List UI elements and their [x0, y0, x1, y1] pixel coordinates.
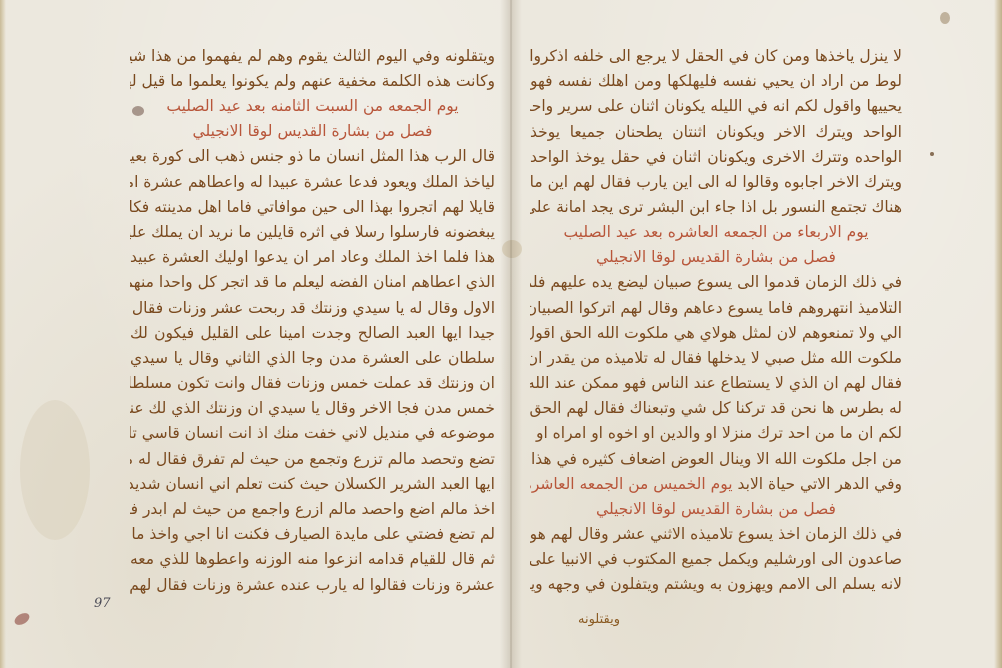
text-line: ويتقلونه وفي اليوم الثالث يقوم وهم لم يف… [130, 44, 495, 69]
text-line: الواحد ويترك الاخر ويكونان اثنتان يطحنان… [530, 120, 902, 145]
text-line: هذا فلما اخذ الملك وعاد امر ان يدعوا اول… [130, 245, 495, 270]
text-line: يبغضونه فارسلوا رسلا في اثره قايلين ما ن… [130, 220, 495, 245]
text-line: في ذلك الزمان قدموا الى يسوع صبيان ليضع … [530, 270, 902, 295]
rubric-heading: فصل من بشارة القديس لوقا الانجيلي [130, 119, 495, 144]
rubric-heading: يوم الجمعه من السبت الثامنه بعد عيد الصل… [130, 94, 495, 119]
text-line: قال الرب هذا المثل انسان ما ذو جنس ذهب ا… [130, 144, 495, 169]
catchword: ويقتلونه [578, 612, 620, 627]
text-line: لا ينزل ياخذها ومن كان في الحقل لا يرجع … [530, 44, 902, 69]
text-line: قايلا لهم اتجروا بهذا الى حين موافاتي فا… [130, 195, 495, 220]
left-page: ويتقلونه وفي اليوم الثالث يقوم وهم لم يف… [0, 0, 510, 668]
text-line: ايها العبد الشرير الكسلان حيث كنت تعلم ا… [130, 472, 495, 497]
text-line: لم تضع فضتي على مايدة الصيارف فكنت انا ا… [130, 522, 495, 547]
text-line: ملكوت الله مثل صبي لا يدخلها فقال له تلا… [530, 346, 902, 371]
ink-blot [940, 12, 950, 24]
text-line: الاول وقال له يا سيدي وزنتك قد ربحت عشر … [130, 296, 495, 321]
text-line: الذي اعطاهم امنان الفضه ليعلم ما قد اتجر… [130, 270, 495, 295]
book-gutter [500, 0, 522, 668]
text-line: سلطان على العشرة مدن وجا الذي الثاني وقا… [130, 346, 495, 371]
text-line: اخذ مالم اضع واحصد مالم ازرع واجمع من حي… [130, 497, 495, 522]
rubric-heading: يوم الاربعاء من الجمعه العاشره بعد عيد ا… [530, 220, 902, 245]
text-line: تضع وتحصد مالم تزرع وتجمع من حيث لم تفرق… [130, 447, 495, 472]
text-segment: وفي الدهر الاتي حياة الابد [738, 475, 903, 493]
text-line: صاعدون الى اورشليم ويكمل جميع المكتوب في… [530, 547, 902, 572]
text-line: الواحده وتترك الاخرى ويكونان اثنان في حق… [530, 145, 902, 170]
manuscript-spread: ويتقلونه وفي اليوم الثالث يقوم وهم لم يف… [0, 0, 1002, 668]
rubric-heading: فصل من بشارة القديس لوقا الانجيلي [530, 497, 902, 522]
text-line: التلاميذ انتهروهم فاما يسوع دعاهم وقال ل… [530, 296, 902, 321]
rubric-heading: فصل من بشارة القديس لوقا الانجيلي [530, 245, 902, 270]
left-text-block: ويتقلونه وفي اليوم الثالث يقوم وهم لم يف… [130, 44, 495, 598]
text-line: له بطرس ها نحن قد تركنا كل شي وتبعناك فق… [530, 396, 902, 421]
text-line: هناك تجتمع النسور بل اذا جاء ابن البشر ت… [530, 195, 902, 220]
ink-blot [930, 152, 934, 156]
text-line: فقال لهم ان الذي لا يستطاع عند الناس فهو… [530, 371, 902, 396]
right-page: لا ينزل ياخذها ومن كان في الحقل لا يرجع … [510, 0, 1002, 668]
text-line: ان وزنتك قد عملت خمس وزنات فقال وانت تكو… [130, 371, 495, 396]
ink-blot [13, 611, 32, 628]
text-line: في ذلك الزمان اخذ يسوع تلاميذه الاثني عش… [530, 522, 902, 547]
text-line: ويترك الاخر اجابوه وقالوا له الى اين يار… [530, 170, 902, 195]
folio-number: 97 [94, 596, 111, 611]
text-line: موضوعه في منديل لاني خفت منك اذ انت انسا… [130, 421, 495, 446]
inline-rubric: يوم الخميس من الجمعه العاشره بعد عيد الص… [530, 475, 733, 493]
text-line: لياخذ الملك ويعود فدعا عشرة عبيدا له واع… [130, 170, 495, 195]
text-line: لانه يسلم الى الامم ويهزون به ويشتم ويتف… [530, 572, 902, 597]
text-line: جيدا ايها العبد الصالح وجدت امينا على ال… [130, 321, 495, 346]
text-line: عشرة وزنات فقالوا له يارب عنده عشرة وزنا… [130, 573, 495, 598]
text-line: من اجل ملكوت الله الا وينال العوض اضعاف … [530, 447, 902, 472]
text-line: لكم ان ما من احد ترك منزلا او والدين او … [530, 421, 902, 446]
text-line-with-rubric: وفي الدهر الاتي حياة الابد يوم الخميس من… [530, 472, 902, 497]
text-line: وكانت هذه الكلمة مخفية عنهم ولم يكونوا ي… [130, 69, 495, 94]
text-line: ثم قال للقيام قدامه انزعوا منه الوزنه وا… [130, 547, 495, 572]
text-line: خمس مدن فجا الاخر وقال يا سيدي ان وزنتك … [130, 396, 495, 421]
right-text-block: لا ينزل ياخذها ومن كان في الحقل لا يرجع … [530, 44, 902, 598]
text-line: لوط من اراد ان يحيي نفسه فليهلكها ومن اه… [530, 69, 902, 94]
text-line: يحييها واقول لكم انه في الليله يكونان اث… [530, 94, 902, 119]
text-line: الي ولا تمنعوهم لان لمثل هولاي هي ملكوت … [530, 321, 902, 346]
water-stain [20, 400, 90, 540]
